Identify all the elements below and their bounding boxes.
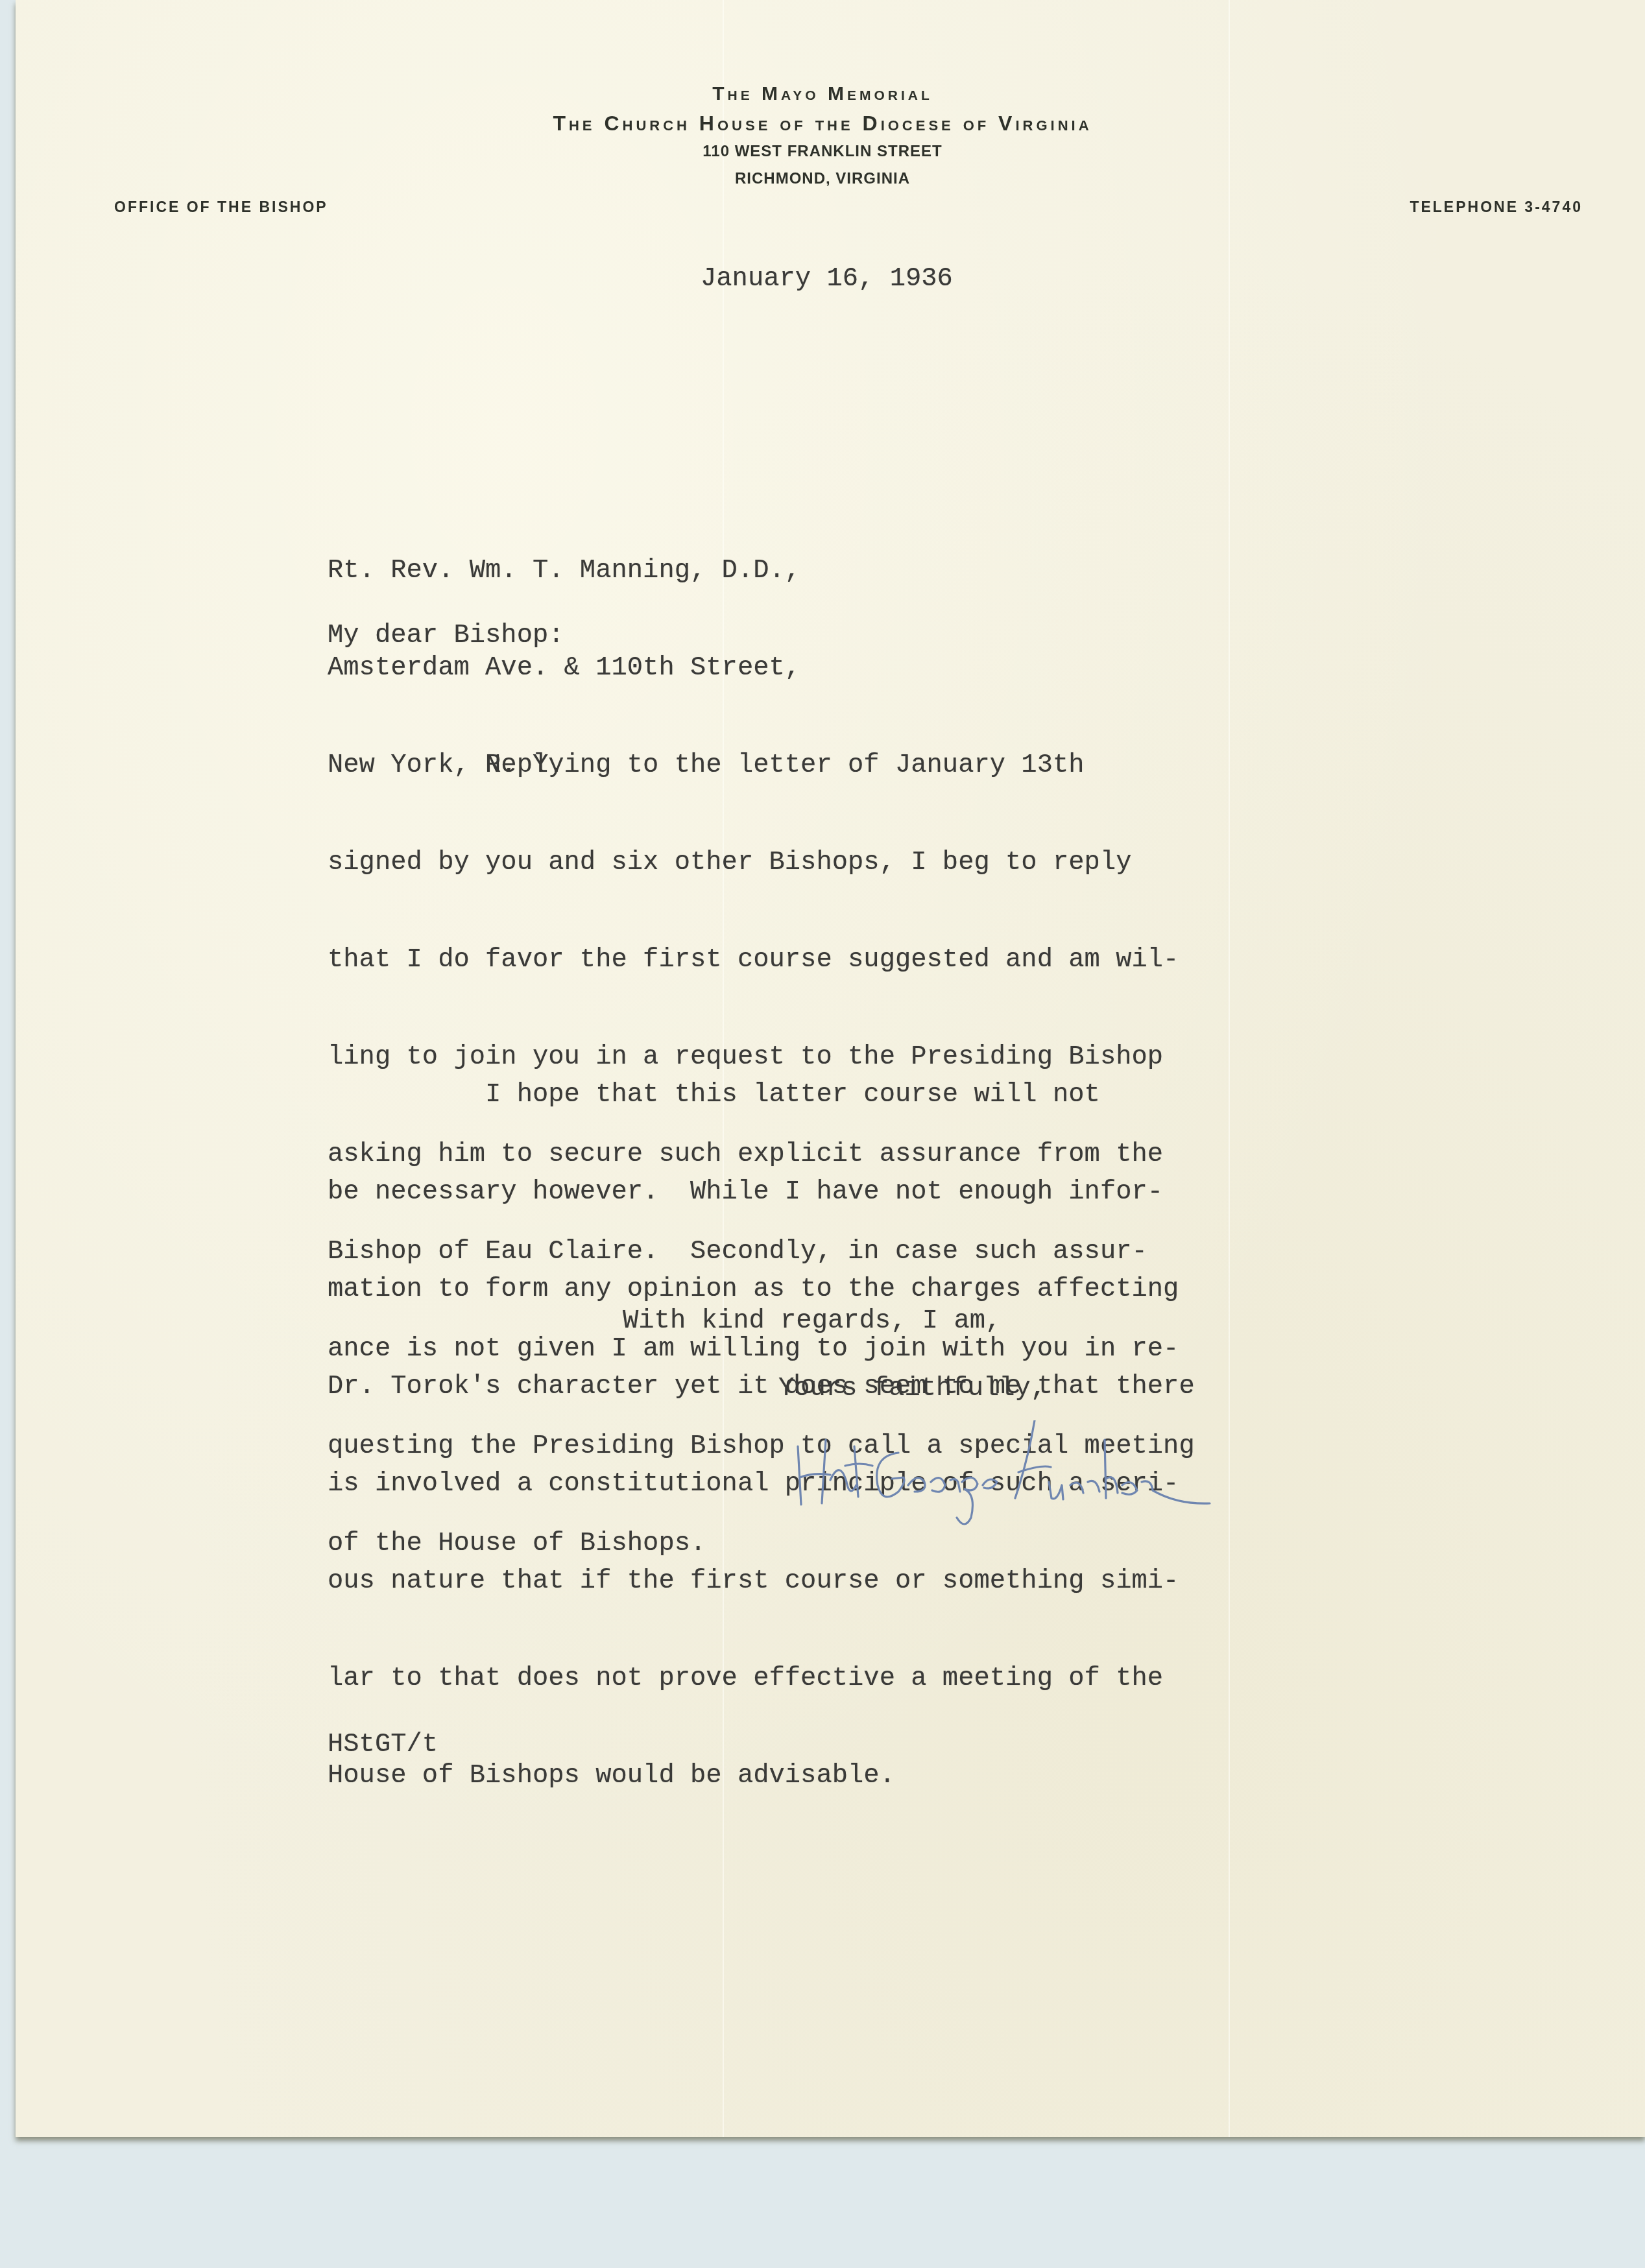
closing-line: With kind regards, I am, xyxy=(623,1305,1001,1337)
body-paragraph-2: I hope that this latter course will not … xyxy=(328,1014,1195,1824)
text-line: Dr. Torok's character yet it does seem t… xyxy=(328,1370,1195,1403)
text-line: House of Bishops would be advisable. xyxy=(328,1760,1195,1792)
letterhead-title: The Mayo Memorial xyxy=(0,83,1645,105)
text-line: ous nature that if the first course or s… xyxy=(328,1565,1195,1597)
text-line: signed by you and six other Bishops, I b… xyxy=(328,846,1195,879)
recipient-line: Rt. Rev. Wm. T. Manning, D.D., xyxy=(328,555,800,587)
letterhead-street: 110 WEST FRANKLIN STREET xyxy=(0,143,1645,161)
letterhead-city: RICHMOND, VIRGINIA xyxy=(0,170,1645,188)
paper-fold-line xyxy=(1229,0,1230,2137)
text-line: lar to that does not prove effective a m… xyxy=(328,1662,1195,1695)
text-line: that I do favor the first course suggest… xyxy=(328,944,1195,976)
recipient-line: Amsterdam Ave. & 110th Street, xyxy=(328,652,800,684)
text-line: I hope that this latter course will not xyxy=(328,1079,1195,1111)
letterhead-office: OFFICE OF THE BISHOP xyxy=(114,198,328,216)
text-line: Replying to the letter of January 13th xyxy=(328,749,1195,782)
text-line: be necessary however. While I have not e… xyxy=(328,1176,1195,1208)
reference-initials: HStGT/t xyxy=(328,1728,438,1761)
valediction: Yours faithfully, xyxy=(778,1372,1046,1405)
text-line: mation to form any opinion as to the cha… xyxy=(328,1273,1195,1306)
letter-date: January 16, 1936 xyxy=(701,263,953,295)
handwritten-signature: H St George Tucker xyxy=(795,1420,1417,1531)
letterhead-institution: The Church House of the Diocese of Virgi… xyxy=(0,112,1645,136)
letterhead-telephone: TELEPHONE 3-4740 xyxy=(1410,198,1583,216)
salutation: My dear Bishop: xyxy=(328,619,564,652)
